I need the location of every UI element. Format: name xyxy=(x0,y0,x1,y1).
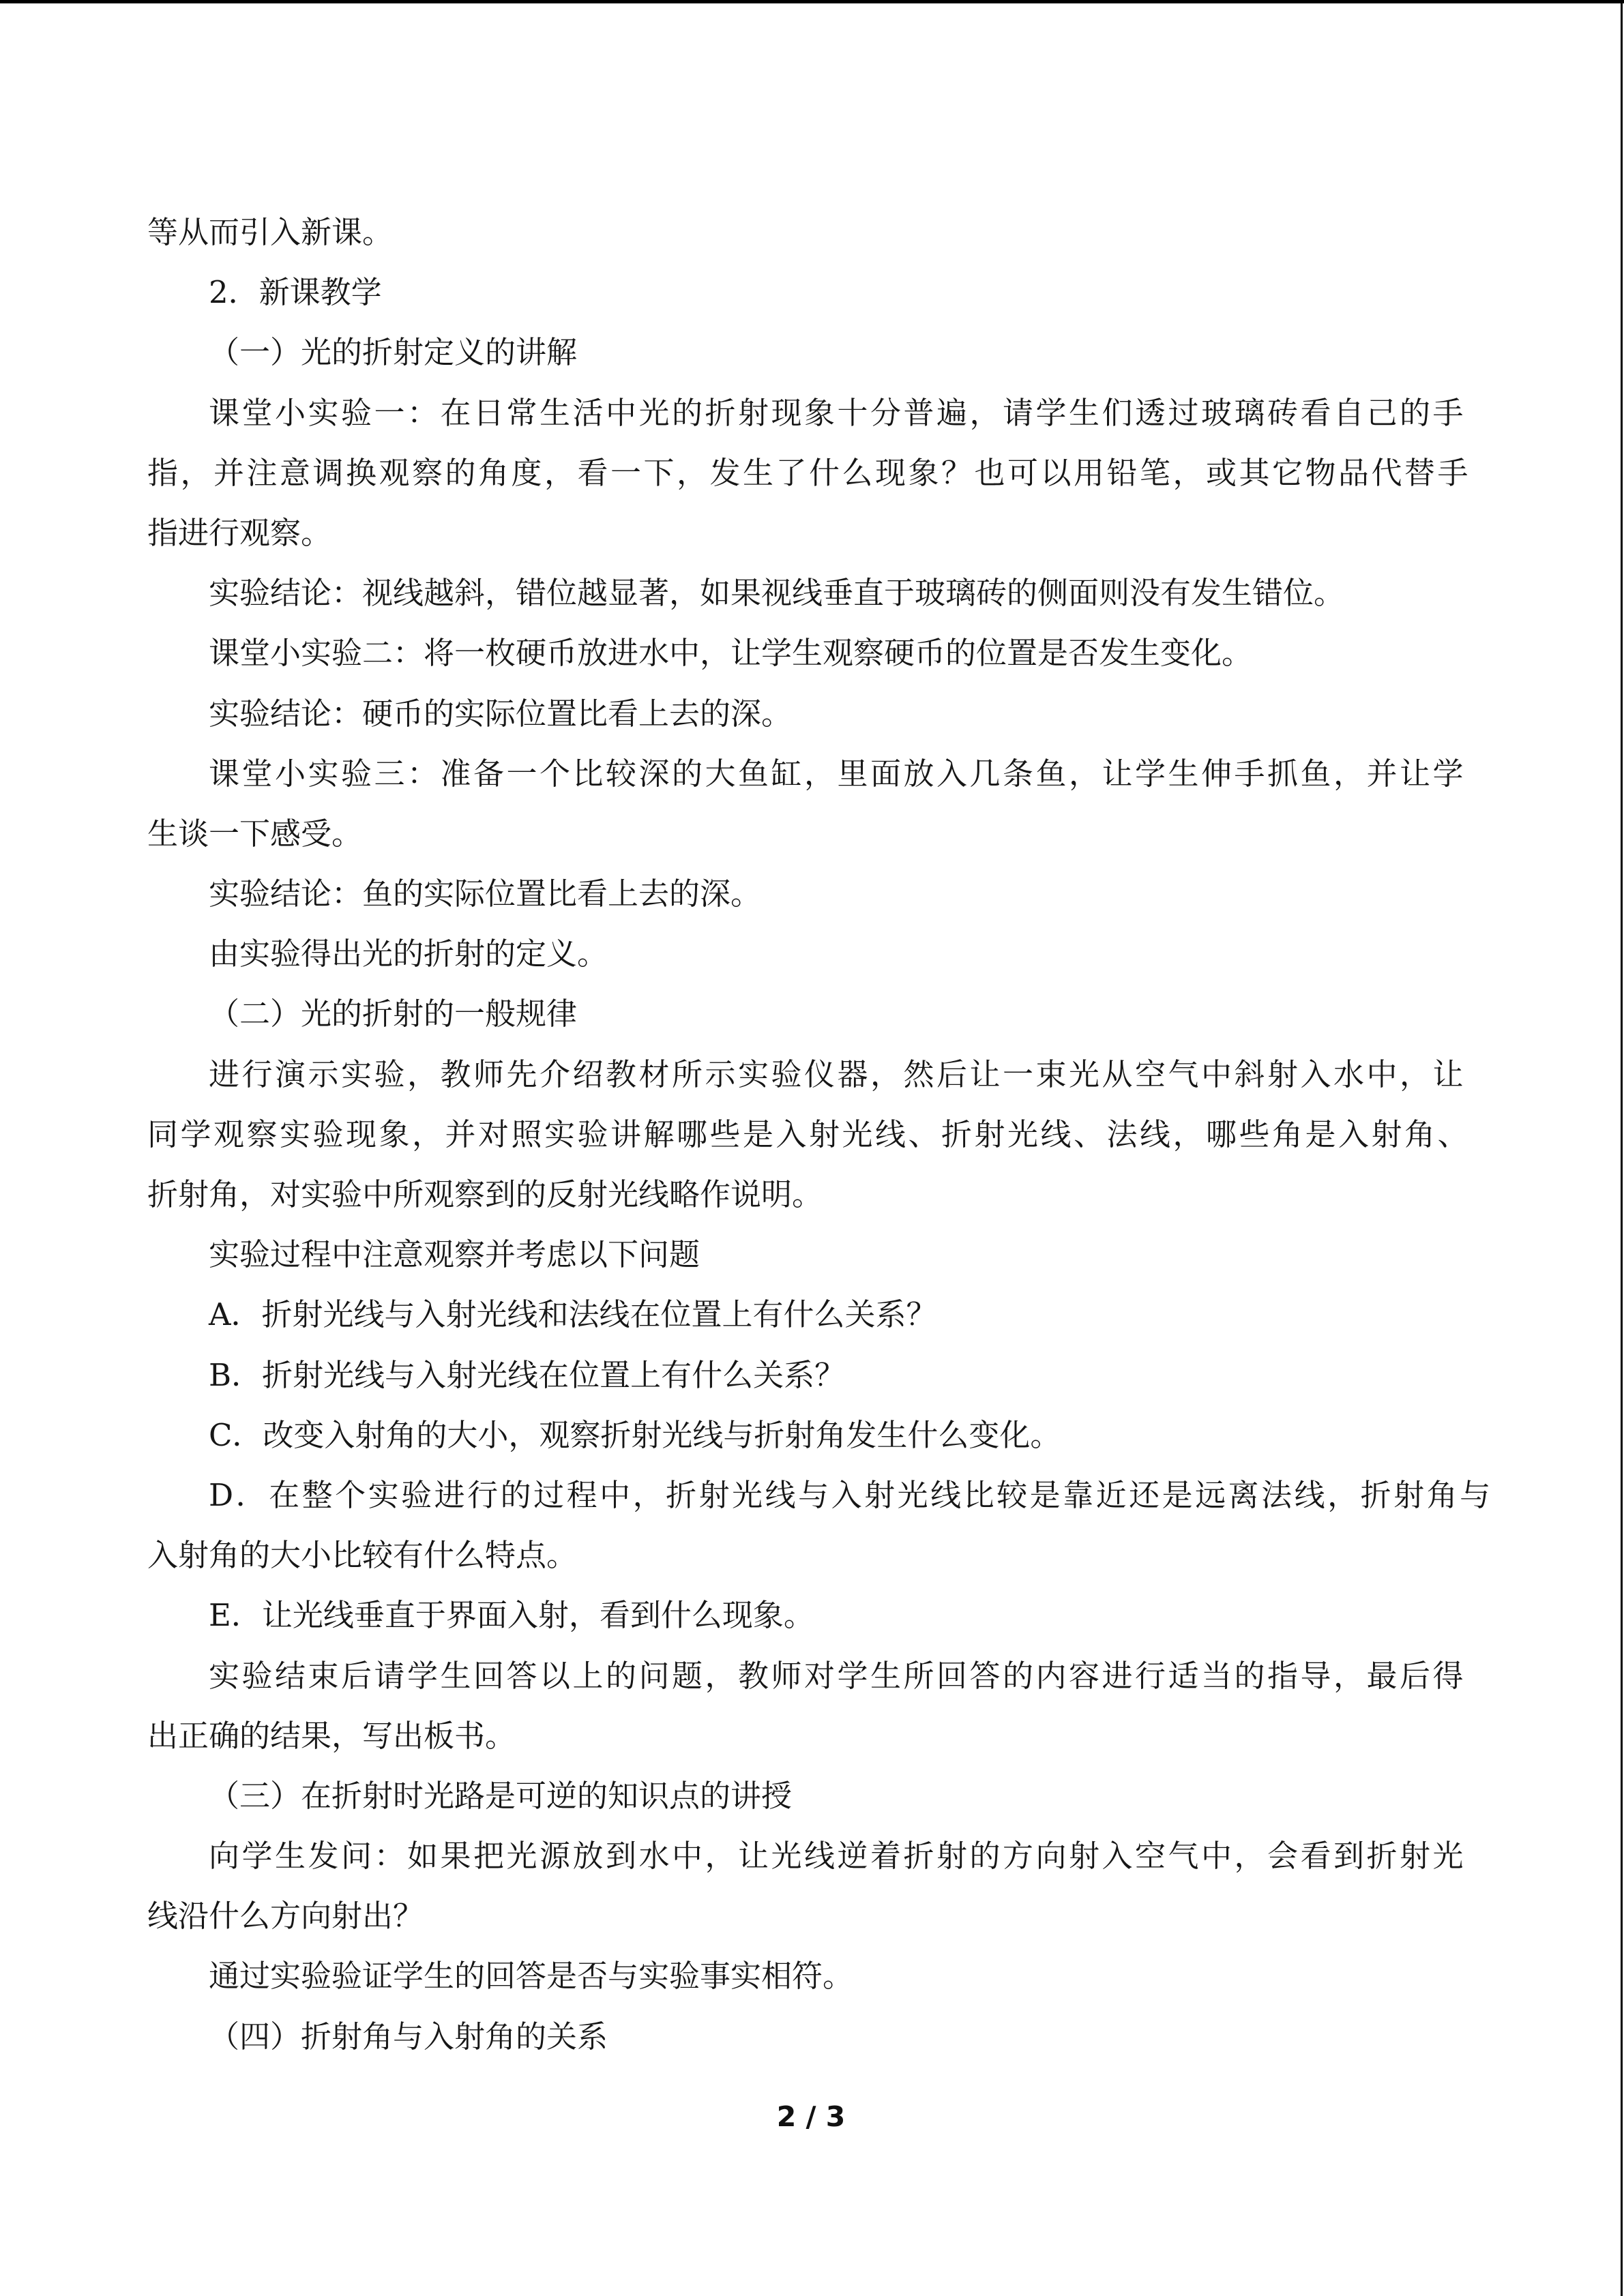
text-line: 同学观察实验现象，并对照实验讲解哪些是入射光线、折射光线、法线，哪些角是入射角、 xyxy=(147,1105,1474,1165)
text-line: 实验结论：视线越斜，错位越显著，如果视线垂直于玻璃砖的侧面则没有发生错位。 xyxy=(147,563,1474,623)
text-line: 入射角的大小比较有什么特点。 xyxy=(147,1525,1474,1585)
page-number: 2 / 3 xyxy=(0,2103,1622,2131)
text-line: 由实验得出光的折射的定义。 xyxy=(147,924,1474,984)
text-line: C．改变入射角的大小，观察折射光线与折射角发生什么变化。 xyxy=(147,1405,1474,1465)
text-line: 实验结论：鱼的实际位置比看上去的深。 xyxy=(147,864,1474,924)
text-line: 实验结束后请学生回答以上的问题，教师对学生所回答的内容进行适当的指导，最后得 xyxy=(147,1646,1474,1706)
text-line: 向学生发问：如果把光源放到水中，让光线逆着折射的方向射入空气中，会看到折射光 xyxy=(147,1826,1474,1886)
text-line: （二）光的折射的一般规律 xyxy=(147,984,1474,1044)
document-body: 等从而引入新课。2．新课教学（一）光的折射定义的讲解课堂小实验一：在日常生活中光… xyxy=(147,203,1474,2067)
text-line: A．折射光线与入射光线和法线在位置上有什么关系？ xyxy=(147,1285,1474,1345)
text-line: 课堂小实验三：准备一个比较深的大鱼缸，里面放入几条鱼，让学生伸手抓鱼，并让学 xyxy=(147,744,1474,804)
text-line: 指，并注意调换观察的角度，看一下，发生了什么现象？也可以用铅笔，或其它物品代替手 xyxy=(147,443,1474,503)
text-line: 实验过程中注意观察并考虑以下问题 xyxy=(147,1225,1474,1285)
text-line: 线沿什么方向射出？ xyxy=(147,1886,1474,1946)
text-line: 等从而引入新课。 xyxy=(147,203,1474,263)
page-top-border xyxy=(0,0,1624,3)
text-line: 出正确的结果，写出板书。 xyxy=(147,1706,1474,1766)
text-line: 实验结论：硬币的实际位置比看上去的深。 xyxy=(147,684,1474,744)
text-line: B．折射光线与入射光线在位置上有什么关系？ xyxy=(147,1345,1474,1405)
text-line: E．让光线垂直于界面入射，看到什么现象。 xyxy=(147,1585,1474,1645)
text-line: （三）在折射时光路是可逆的知识点的讲授 xyxy=(147,1766,1474,1826)
text-line: （一）光的折射定义的讲解 xyxy=(147,323,1474,383)
text-line: 指进行观察。 xyxy=(147,503,1474,563)
text-line: 进行演示实验，教师先介绍教材所示实验仪器，然后让一束光从空气中斜射入水中，让 xyxy=(147,1045,1474,1105)
text-line: 2．新课教学 xyxy=(147,263,1474,323)
page-right-border xyxy=(1621,0,1623,2296)
text-line: 课堂小实验二：将一枚硬币放进水中，让学生观察硬币的位置是否发生变化。 xyxy=(147,623,1474,683)
text-line: 通过实验验证学生的回答是否与实验事实相符。 xyxy=(147,1946,1474,2006)
text-line: （四）折射角与入射角的关系 xyxy=(147,2007,1474,2067)
text-line: 课堂小实验一：在日常生活中光的折射现象十分普遍，请学生们透过玻璃砖看自己的手 xyxy=(147,383,1474,443)
document-page: 等从而引入新课。2．新课教学（一）光的折射定义的讲解课堂小实验一：在日常生活中光… xyxy=(0,0,1624,2296)
text-line: 折射角，对实验中所观察到的反射光线略作说明。 xyxy=(147,1165,1474,1225)
text-line: D．在整个实验进行的过程中，折射光线与入射光线比较是靠近还是远离法线，折射角与 xyxy=(147,1465,1474,1525)
text-line: 生谈一下感受。 xyxy=(147,804,1474,864)
